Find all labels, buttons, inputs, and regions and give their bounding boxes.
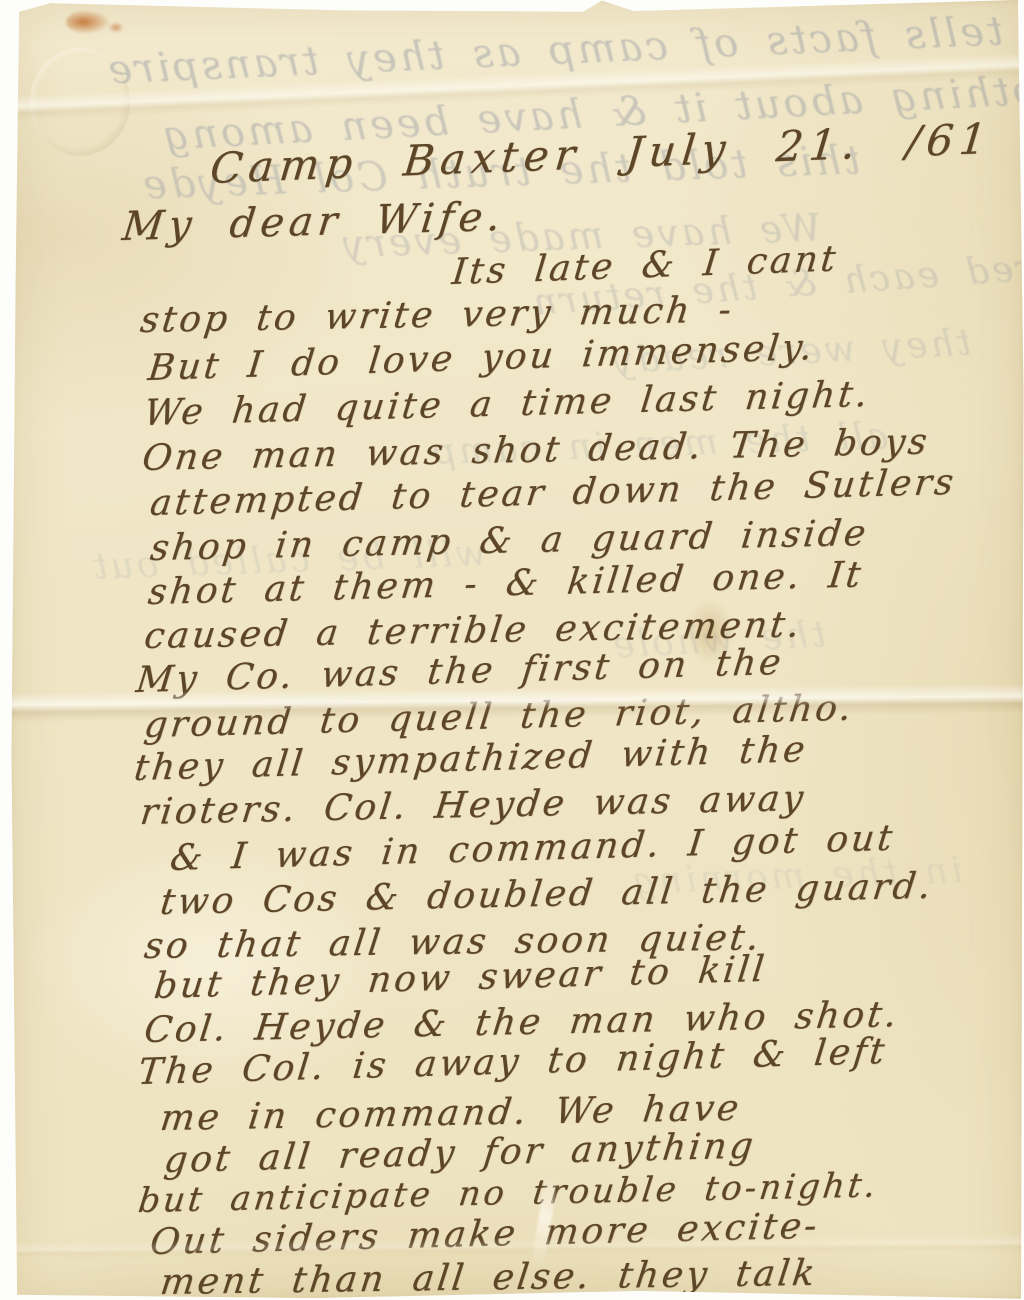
letter-line: but they now swear to kill [152,949,769,1007]
letter-line: & I was in command. I got out [168,818,897,879]
bleedthrough-line: in the morning [629,850,963,903]
bleedthrough-line: We have made every [339,206,822,267]
letter-line: The Col. is away to night & left [136,1031,889,1093]
fold-crease-top [0,52,1024,122]
letter-page: tells facts of camp as they transpirenot… [10,0,1024,1300]
letter-line: attempted to tear down the Sutlers [148,462,958,524]
salutation-line: My dear Wife. [120,194,508,250]
fold-crease-middle [0,683,1024,722]
letter-line: they all sympathized with the [132,729,810,789]
bleedthrough-layer: tells facts of camp as they transpirenot… [10,0,1024,1300]
letter-line: shop in camp & a guard inside [148,513,871,569]
scanned-letter: tells facts of camp as they transpirenot… [0,0,1024,1300]
letter-line: stop to write very much - [138,290,736,341]
letter-line: But I do love you immensely. [146,327,817,389]
bleedthrough-line: they were ready [609,323,972,383]
letter-line: shot at them - & killed one. It [146,554,866,613]
bleedthrough-line: ordered each & the return [529,241,1024,324]
date-line: Camp Baxter July 21. /61 [208,114,995,193]
rust-stain-small [108,22,124,33]
rust-stain [66,10,110,34]
letter-line: We had quite a time last night. [142,374,872,434]
letter-line: ment than all else. they talk [158,1253,820,1300]
letter-line: Col. Heyde & the man who shot. [142,994,902,1051]
letter-line: rioters. Col. Heyde was away [138,778,808,833]
handwriting-layer: Camp Baxter July 21. /61My dear Wife.Its… [10,0,1024,1300]
letter-line: One man was shot dead. The boys [140,421,932,479]
bleedthrough-line: all the men in camp [429,416,889,473]
bleedthrough-line: will be called out [89,533,487,588]
letter-line: got all ready for anything [162,1125,758,1181]
letter-line: me in command. We have [158,1088,744,1139]
fold-crease-bottom [0,1234,1024,1259]
letter-line: so that all was soon quiet. [142,917,764,967]
letter-line: Its late & I cant [450,238,840,293]
letter-line: two Cos & doubled all the guard. [158,866,936,923]
ink-smudge-stain [686,598,734,666]
bleedthrough-line: this told the truth Col Heyde [139,137,861,208]
letter-line: but anticipate no trouble to-night. [136,1165,881,1221]
